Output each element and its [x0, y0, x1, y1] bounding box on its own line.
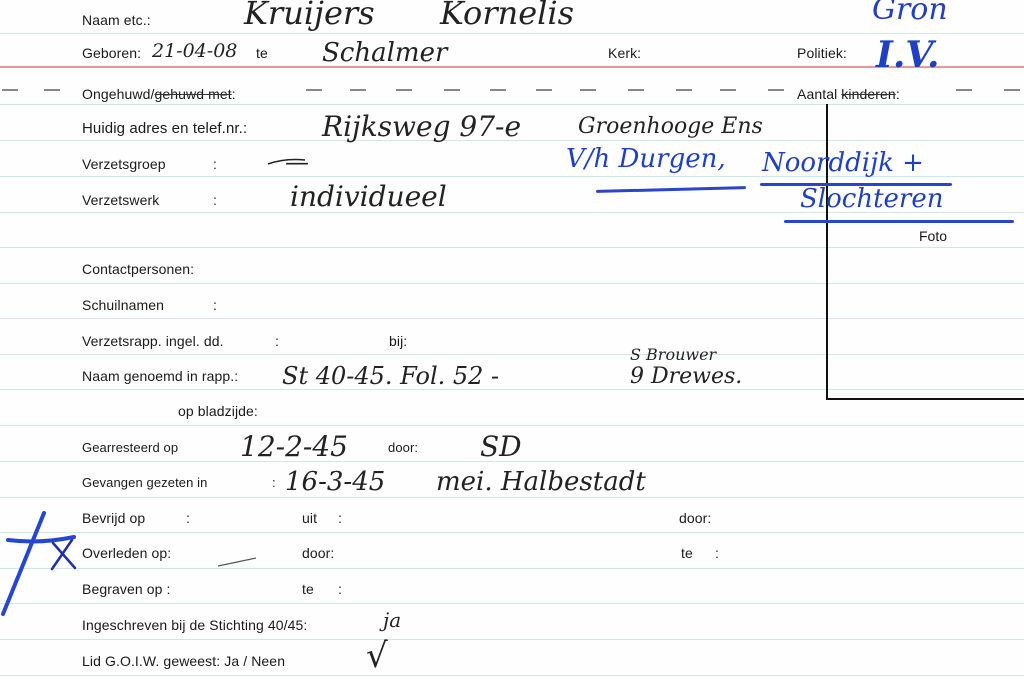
- handwritten-marks: [0, 0, 1024, 679]
- resistance-index-card: Foto Naam etc.: Geboren: te Kerk: Politi…: [0, 0, 1024, 679]
- margin-cross-icon: [3, 513, 74, 614]
- verzetsgroep-dash-mark: [268, 160, 305, 165]
- margin-x-icon: [52, 540, 75, 569]
- overleden-dash-mark: [218, 558, 256, 566]
